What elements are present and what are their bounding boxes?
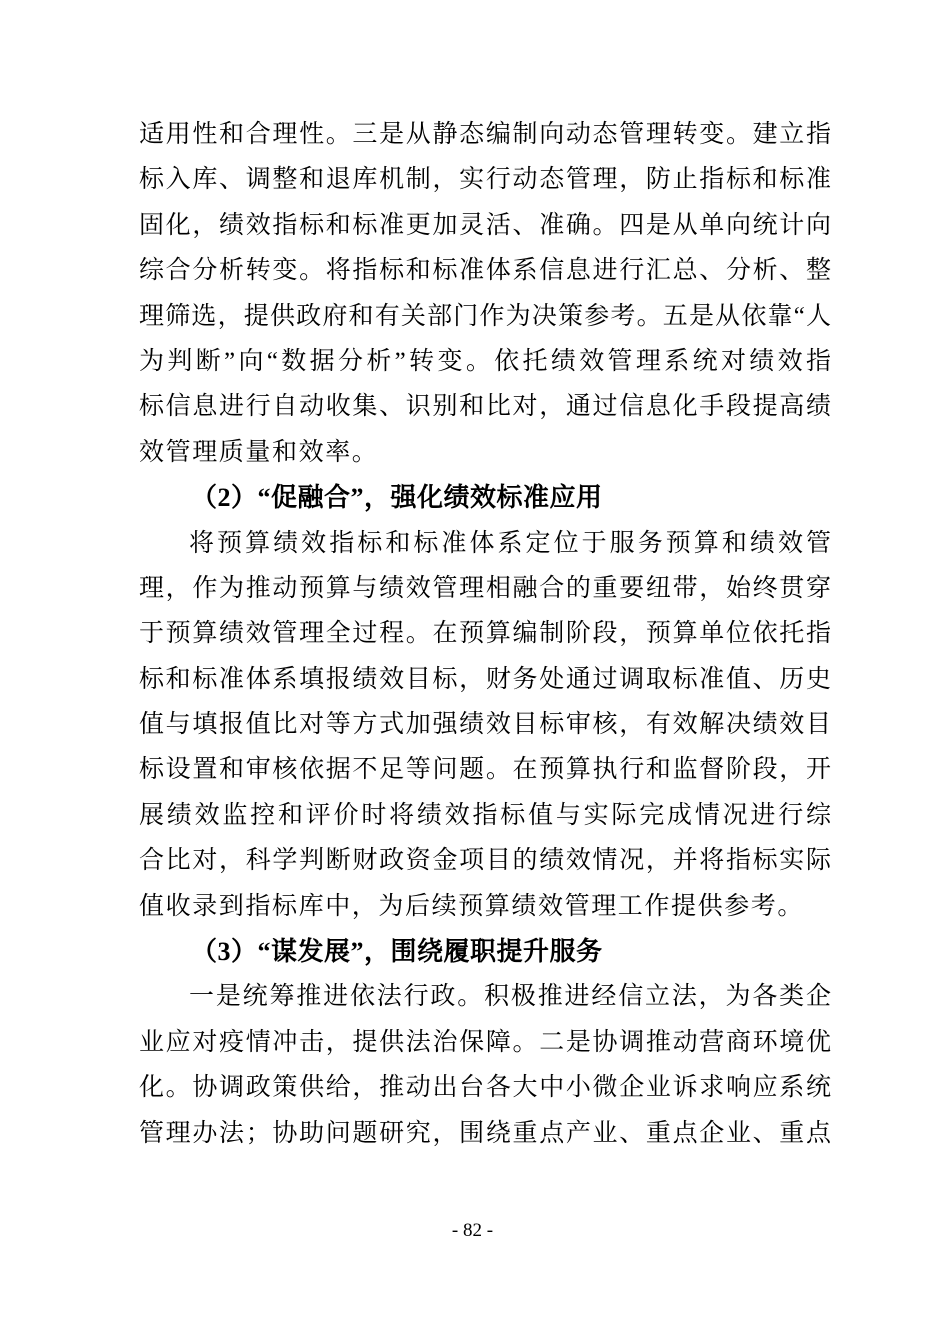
text-line: 值收录到指标库中，为后续预算绩效管理工作提供参考。: [139, 884, 831, 929]
document-page: 适用性和合理性。三是从静态编制向动态管理转变。建立指 标入库、调整和退库机制，实…: [0, 0, 945, 1336]
text-line: 一是统筹推进依法行政。积极推进经信立法，为各类企: [139, 974, 831, 1019]
section-heading-3: （3）“谋发展”，围绕履职提升服务: [139, 929, 831, 974]
text-line: 标信息进行自动收集、识别和比对，通过信息化手段提高绩: [139, 384, 831, 429]
text-line: 将预算绩效指标和标准体系定位于服务预算和绩效管: [139, 521, 831, 566]
page-number: - 82 -: [0, 1216, 945, 1246]
text-line: 标设置和审核依据不足等问题。在预算执行和监督阶段，开: [139, 747, 831, 792]
text-line: 固化，绩效指标和标准更加灵活、准确。四是从单向统计向: [139, 203, 831, 248]
text-line: 展绩效监控和评价时将绩效指标值与实际完成情况进行综: [139, 793, 831, 838]
text-line: 值与填报值比对等方式加强绩效目标审核，有效解决绩效目: [139, 702, 831, 747]
text-line: 标和标准体系填报绩效目标，财务处通过调取标准值、历史: [139, 657, 831, 702]
text-line: 理，作为推动预算与绩效管理相融合的重要纽带，始终贯穿: [139, 566, 831, 611]
text-line: 为判断”向“数据分析”转变。依托绩效管理系统对绩效指: [139, 339, 831, 384]
text-line: 理筛选，提供政府和有关部门作为决策参考。五是从依靠“人: [139, 294, 831, 339]
text-line: 化。协调政策供给，推动出台各大中小微企业诉求响应系统: [139, 1065, 831, 1110]
text-line: 标入库、调整和退库机制，实行动态管理，防止指标和标准: [139, 157, 831, 202]
text-line: 效管理质量和效率。: [139, 430, 831, 475]
text-line: 综合分析转变。将指标和标准体系信息进行汇总、分析、整: [139, 248, 831, 293]
section-heading-2: （2）“促融合”，强化绩效标准应用: [139, 475, 831, 520]
text-line: 业应对疫情冲击，提供法治保障。二是协调推动营商环境优: [139, 1020, 831, 1065]
text-line: 合比对，科学判断财政资金项目的绩效情况，并将指标实际: [139, 838, 831, 883]
text-column: 适用性和合理性。三是从静态编制向动态管理转变。建立指 标入库、调整和退库机制，实…: [139, 112, 831, 1156]
text-line: 适用性和合理性。三是从静态编制向动态管理转变。建立指: [139, 112, 831, 157]
text-line: 管理办法；协助问题研究，围绕重点产业、重点企业、重点: [139, 1111, 831, 1156]
text-line: 于预算绩效管理全过程。在预算编制阶段，预算单位依托指: [139, 611, 831, 656]
